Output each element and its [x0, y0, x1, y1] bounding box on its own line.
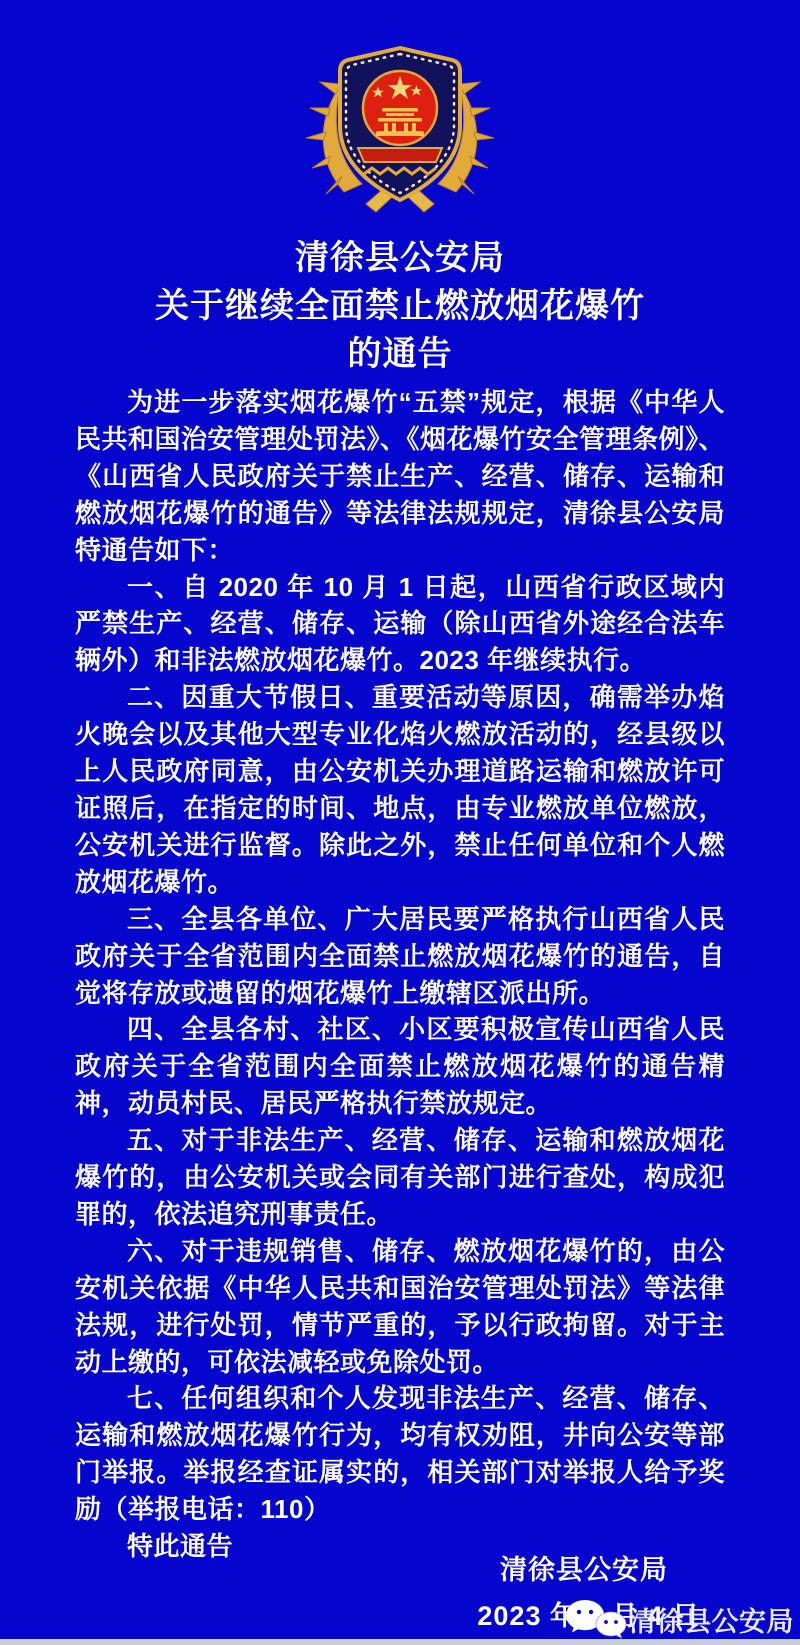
paragraph-clause-7: 七、任何组织和个人发现非法生产、经营、储存、运输和燃放烟花爆竹行为，均有权劝阻，…: [75, 1380, 725, 1528]
paragraph-intro: 为进一步落实烟花爆竹“五禁”规定，根据《中华人民共和国治安管理处罚法》、《烟花爆…: [75, 384, 725, 569]
title-agency: 清徐县公安局: [0, 234, 800, 282]
title-subject: 关于继续全面禁止燃放烟花爆竹: [0, 282, 800, 330]
paragraph-clause-4: 四、全县各村、社区、小区要积极宣传山西省人民政府关于全省范围内全面禁止燃放烟花爆…: [75, 1011, 725, 1122]
notice-page: 清徐县公安局 关于继续全面禁止燃放烟花爆竹 的通告 为进一步落实烟花爆竹“五禁”…: [0, 0, 800, 1645]
paragraph-clause-5: 五、对于非法生产、经营、储存、运输和燃放烟花爆竹的，由公安机关或会同有关部门进行…: [75, 1122, 725, 1233]
signature-agency: 清徐县公安局: [500, 1548, 668, 1587]
paragraph-clause-6: 六、对于违规销售、储存、燃放烟花爆竹的，由公安机关依据《中华人民共和国治安管理处…: [75, 1233, 725, 1381]
police-badge-svg: [306, 34, 494, 216]
wechat-watermark: 清徐县公安局: [565, 1598, 794, 1640]
notice-body: 为进一步落实烟花爆竹“五禁”规定，根据《中华人民共和国治安管理处罚法》、《烟花爆…: [75, 384, 725, 1565]
police-badge-icon: [306, 34, 494, 221]
paragraph-clause-2: 二、因重大节假日、重要活动等原因，确需举办焰火晚会以及其他大型专业化焰火燃放活动…: [75, 679, 725, 900]
watermark-label: 清徐县公安局: [629, 1600, 794, 1639]
notice-title: 清徐县公安局 关于继续全面禁止燃放烟花爆竹 的通告: [0, 234, 800, 378]
paragraph-clause-3: 三、全县各单位、广大居民要严格执行山西省人民政府关于全省范围内全面禁止燃放烟花爆…: [75, 901, 725, 1012]
paragraph-clause-1: 一、自 2020 年 10 月 1 日起，山西省行政区域内严禁生产、经营、储存、…: [75, 569, 725, 680]
title-doc-type: 的通告: [0, 330, 800, 378]
wechat-icon: [565, 1598, 627, 1640]
